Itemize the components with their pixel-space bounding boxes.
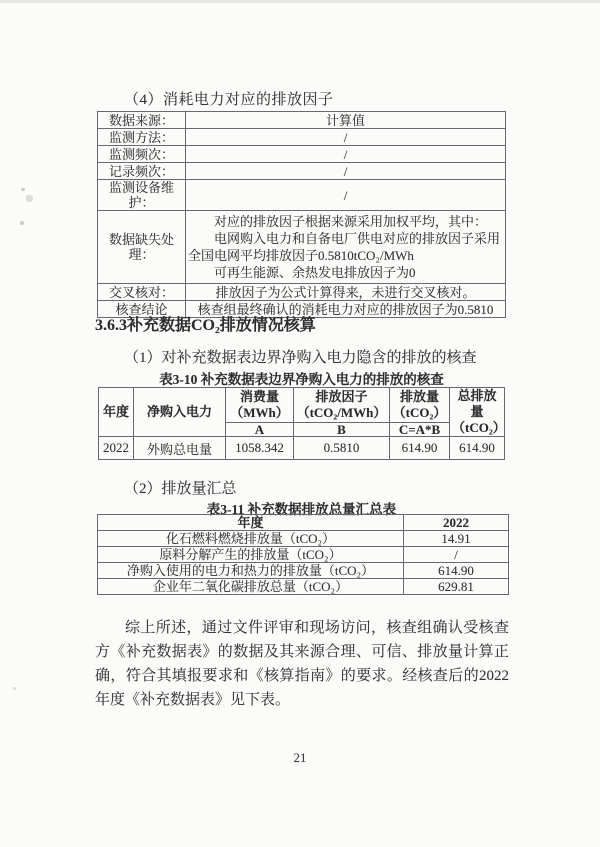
row-value-cell: / [186, 129, 506, 146]
table-row: 监测方法： / [98, 129, 506, 146]
scan-speck [21, 188, 25, 191]
table-row: 数据来源： 计算值 [98, 112, 506, 129]
row-value-cell: / [404, 547, 509, 563]
scan-edge-strip [0, 0, 600, 3]
list-item-1: （1）对补充数据表边界净购入电力隐含的排放的核查 [124, 346, 477, 367]
row-value-cell: / [186, 146, 506, 163]
table-row: 监测频次： / [98, 146, 506, 163]
table-310-caption: 表3-10 补充数据表边界净购入电力的排放的核查 [97, 368, 506, 388]
summary-paragraph: 综上所述，通过文件评审和现场访问，核查组确认受核查方《补充数据表》的数据及其来源… [95, 616, 509, 712]
data-consumption-cell: 1058.342 [226, 437, 294, 460]
table-row: 原料分解产生的排放量（tCO₂） / [98, 547, 509, 563]
page-number: 21 [0, 750, 600, 766]
table-row-cross-check: 交叉核对： 排放因子为公式计算得来，未进行交叉核对。 [98, 284, 506, 301]
table-311-emission-summary: 年度 2022 化石燃料燃烧排放量（tCO₂） 14.91 原料分解产生的排放量… [97, 514, 509, 595]
header-label-cell: 年度 [98, 515, 404, 531]
data-power-cell: 外购总电量 [134, 437, 226, 460]
scan-speck [26, 195, 33, 202]
subsection-heading-4: （4）消耗电力对应的排放因子 [124, 88, 334, 109]
table-header-row: 年度 2022 [98, 515, 509, 531]
formula-c-cell: C=A*B [390, 423, 450, 437]
row-value-cell: 对应的排放因子根据来源采用加权平均，其中： 电网购入电力和自备电厂供电对应的排放… [186, 211, 506, 284]
emission-factor-info-table: 数据来源： 计算值 监测方法： / 监测频次： / 记录频次： / 监测设备维护… [97, 111, 506, 318]
row-value-cell: 排放因子为公式计算得来，未进行交叉核对。 [186, 284, 506, 301]
table-row: 化石燃料燃烧排放量（tCO₂） 14.91 [98, 531, 509, 547]
missing-data-paragraph: 对应的排放因子根据来源采用加权平均，其中： [188, 213, 501, 230]
table-header-row: 年度 净购入电力 消费量（MWh） 排放因子（tCO₂/MWh） 排放量（tCO… [99, 388, 505, 423]
row-label-cell: 交叉核对： [98, 284, 186, 301]
header-year-cell: 年度 [99, 388, 134, 437]
row-value-cell: / [186, 163, 506, 180]
data-factor-cell: 0.5810 [294, 437, 390, 460]
row-label-cell: 净购入使用的电力和热力的排放量（tCO₂） [98, 563, 404, 579]
header-power-cell: 净购入电力 [134, 388, 226, 437]
row-label-cell: 监测设备维护： [98, 180, 186, 211]
formula-a-cell: A [226, 423, 294, 437]
formula-b-cell: B [294, 423, 390, 437]
table-row: 企业年二氧化碳排放总量（tCO₂） 629.81 [98, 579, 509, 595]
header-emission-cell: 排放量（tCO₂） [390, 388, 450, 423]
header-consumption-cell: 消费量（MWh） [226, 388, 294, 423]
table-data-row: 2022 外购总电量 1058.342 0.5810 614.90 614.90 [99, 437, 505, 460]
data-total-cell: 614.90 [450, 437, 505, 460]
row-value-cell: / [186, 180, 506, 211]
row-value-cell: 14.91 [404, 531, 509, 547]
header-total-cell: 总排放量（tCO₂） [450, 388, 505, 437]
missing-data-paragraph: 电网购入电力和自备电厂供电对应的排放因子采用全国电网平均排放因子0.5810tC… [188, 230, 501, 264]
row-label-cell: 数据来源： [98, 112, 186, 129]
table-row-missing-data: 数据缺失处理： 对应的排放因子根据来源采用加权平均，其中： 电网购入电力和自备电… [98, 211, 506, 284]
data-year-cell: 2022 [99, 437, 134, 460]
row-value-cell: 614.90 [404, 563, 509, 579]
row-label-cell: 监测频次： [98, 146, 186, 163]
scan-speck [13, 687, 16, 690]
section-heading-363: 3.6.3补充数据CO₂排放情况核算 [95, 312, 316, 335]
row-label-cell: 企业年二氧化碳排放总量（tCO₂） [98, 579, 404, 595]
row-label-cell: 记录频次： [98, 163, 186, 180]
scan-speck [20, 221, 24, 225]
document-page: （4）消耗电力对应的排放因子 数据来源： 计算值 监测方法： / 监测频次： /… [0, 0, 600, 847]
table-row: 记录频次： / [98, 163, 506, 180]
row-label-cell: 监测方法： [98, 129, 186, 146]
list-item-2: （2）排放量汇总 [124, 477, 237, 498]
header-value-cell: 2022 [404, 515, 509, 531]
header-factor-cell: 排放因子（tCO₂/MWh） [294, 388, 390, 423]
row-value-cell: 计算值 [186, 112, 506, 129]
row-label-cell: 数据缺失处理： [98, 211, 186, 284]
table-310-net-purchased-power: 年度 净购入电力 消费量（MWh） 排放因子（tCO₂/MWh） 排放量（tCO… [98, 387, 505, 460]
row-label-cell: 原料分解产生的排放量（tCO₂） [98, 547, 404, 563]
data-emission-cell: 614.90 [390, 437, 450, 460]
row-label-cell: 化石燃料燃烧排放量（tCO₂） [98, 531, 404, 547]
missing-data-paragraph: 可再生能源、余热发电排放因子为0 [188, 264, 501, 281]
table-row: 净购入使用的电力和热力的排放量（tCO₂） 614.90 [98, 563, 509, 579]
row-value-cell: 629.81 [404, 579, 509, 595]
table-row: 监测设备维护： / [98, 180, 506, 211]
